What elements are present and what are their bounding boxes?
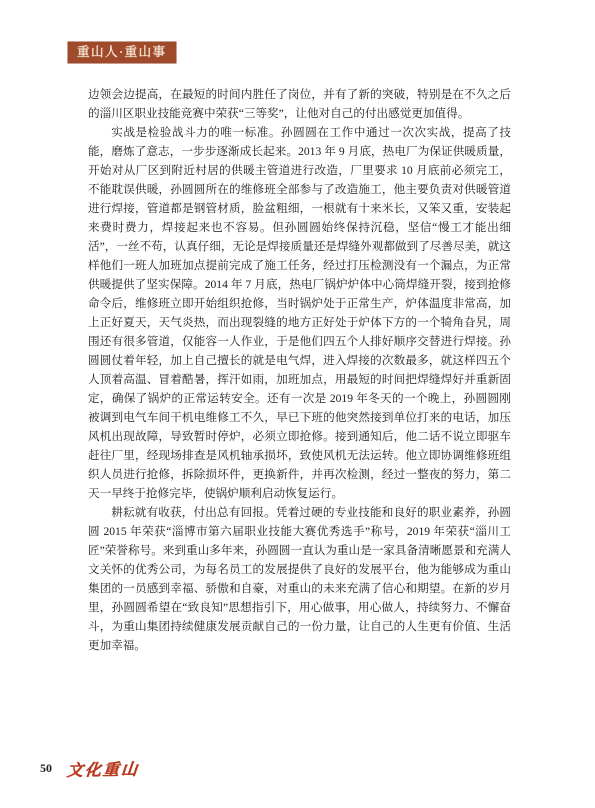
page-number: 50	[40, 761, 52, 776]
page-footer: 50 文化重山	[40, 757, 139, 780]
culture-zhongshan-logo: 文化重山	[66, 756, 140, 780]
document-page: 重山人·重山事 边领会边提高，在最短的时间内胜任了岗位，并有了新的突破，特别是在…	[0, 0, 595, 808]
paragraph: 实战是检验战斗力的唯一标准。孙圆圆在工作中通过一次次实战，提高了技能，磨炼了意志…	[88, 123, 511, 503]
paragraph: 耕耘就有收获，付出总有回报。凭着过硬的专业技能和良好的职业素养，孙圆圆 2015…	[88, 503, 511, 655]
section-badge: 重山人·重山事	[68, 42, 176, 63]
article-body: 边领会边提高，在最短的时间内胜任了岗位，并有了新的突破，特别是在不久之后的淄川区…	[88, 85, 511, 655]
paragraph: 边领会边提高，在最短的时间内胜任了岗位，并有了新的突破，特别是在不久之后的淄川区…	[88, 85, 511, 123]
